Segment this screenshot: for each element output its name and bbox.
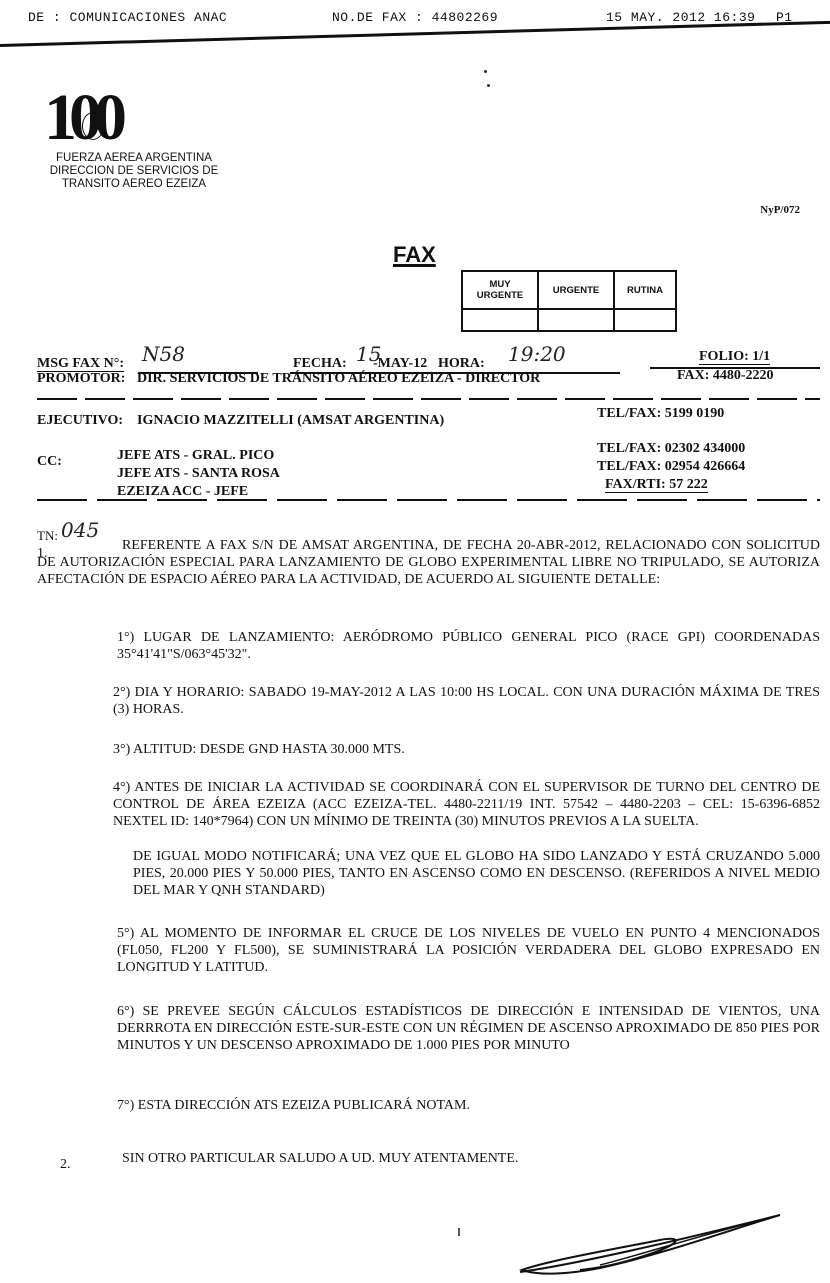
item-6: 6°) SE PREVEE SEGÚN CÁLCULOS ESTADÍSTICO…: [117, 1003, 820, 1054]
cc-contact: TEL/FAX: 02954 426664: [597, 459, 745, 475]
item-3: 3°) ALTITUD: DESDE GND HASTA 30.000 MTS.: [113, 741, 820, 758]
signature-icon: [510, 1210, 790, 1280]
item-1: 1°) LUGAR DE LANZAMIENTO: AERÓDROMO PÚBL…: [117, 629, 820, 663]
item-7: 7°) ESTA DIRECCIÓN ATS EZEIZA PUBLICARÁ …: [117, 1097, 820, 1114]
priority-rutina-header: RUTINA: [614, 271, 676, 309]
cc-label: CC:: [37, 454, 62, 470]
fecha-month-year: -MAY-12: [373, 356, 427, 372]
speck: [484, 70, 487, 73]
priority-table: MUY URGENTE URGENTE RUTINA: [461, 270, 677, 332]
paragraph-1: REFERENTE A FAX S/N DE AMSAT ARGENTINA, …: [37, 537, 820, 588]
promotor-label: PROMOTOR:: [37, 371, 125, 387]
folio: FOLIO: 1/1: [699, 349, 770, 365]
promotor-value: DIR. SERVICIOS DE TRÁNSITO AÉREO EZEIZA …: [137, 371, 540, 387]
organization-name: FUERZA AEREA ARGENTINA DIRECCION DE SERV…: [36, 152, 232, 191]
fax-number: NO.DE FAX : 44802269: [332, 10, 498, 25]
cc-name: EZEIZA ACC - JEFE: [117, 484, 248, 500]
ejecutivo-label: EJECUTIVO:: [37, 413, 123, 429]
cc-contact: TEL/FAX: 02302 434000: [597, 441, 745, 457]
msg-fax-value: N58: [142, 342, 185, 366]
logo-emblem-icon: [82, 112, 104, 140]
dashed-rule: [37, 398, 820, 400]
paragraph-2: SIN OTRO PARTICULAR SALUDO A UD. MUY ATE…: [122, 1150, 722, 1167]
item-4-continuation: DE IGUAL MODO NOTIFICARÁ; UNA VEZ QUE EL…: [133, 848, 820, 899]
speck: [487, 84, 490, 87]
ejecutivo-tel: TEL/FAX: 5199 0190: [597, 406, 724, 422]
fax-sender: DE : COMUNICACIONES ANAC: [28, 10, 227, 25]
item-4: 4°) ANTES DE INICIAR LA ACTIVIDAD SE COO…: [113, 779, 820, 830]
priority-muy-urgente-header: MUY URGENTE: [462, 271, 538, 309]
org-line: FUERZA AEREA ARGENTINA: [36, 152, 232, 165]
cc-contact: FAX/RTI: 57 222: [605, 477, 708, 493]
logo-100-mark: 100: [44, 88, 119, 148]
hora-value: 19:20: [508, 342, 566, 366]
priority-muy-urgente-checkbox[interactable]: [462, 309, 538, 331]
dashed-rule: [37, 499, 820, 501]
msg-fax-label: MSG FAX N°:: [37, 356, 124, 372]
item-2: 2°) DIA Y HORARIO: SABADO 19-MAY-2012 A …: [113, 684, 820, 718]
speck: [458, 1228, 460, 1236]
document-title: FAX: [393, 242, 436, 268]
fecha-label: FECHA:: [293, 356, 347, 372]
msg-fax-row: MSG FAX N°:: [37, 356, 124, 372]
priority-urgente-header: URGENTE: [538, 271, 614, 309]
cc-name: JEFE ATS - SANTA ROSA: [117, 466, 280, 482]
org-line: TRANSITO AEREO EZEIZA: [36, 178, 232, 191]
reference-code: NyP/072: [760, 204, 800, 216]
priority-urgente-checkbox[interactable]: [538, 309, 614, 331]
cc-name: JEFE ATS - GRAL. PICO: [117, 448, 274, 464]
promotor-fax: FAX: 4480-2220: [677, 368, 774, 384]
item-5: 5°) AL MOMENTO DE INFORMAR EL CRUCE DE L…: [117, 925, 820, 976]
hora-label: HORA:: [438, 356, 485, 372]
ejecutivo-value: IGNACIO MAZZITELLI (AMSAT ARGENTINA): [137, 413, 444, 429]
paragraph-2-number: 2.: [60, 1156, 71, 1173]
org-line: DIRECCION DE SERVICIOS DE: [36, 165, 232, 178]
priority-rutina-checkbox[interactable]: [614, 309, 676, 331]
